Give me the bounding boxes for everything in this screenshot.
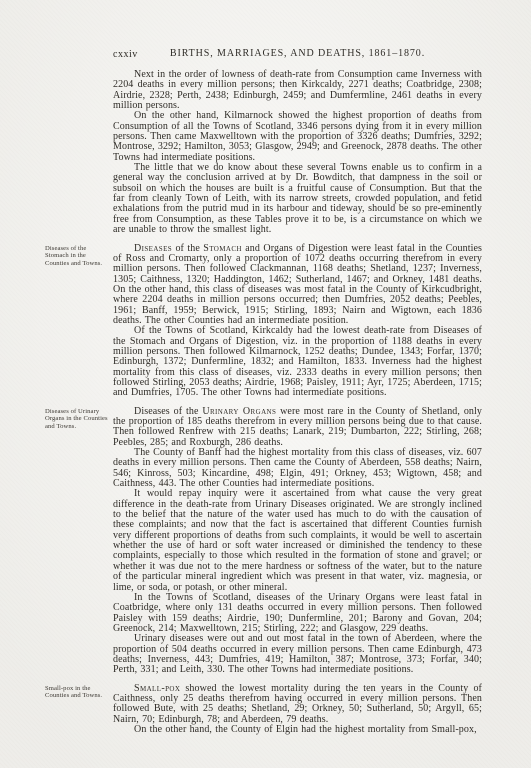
text-section-2: Diseases of Urinary Organs in the Counti… <box>113 407 482 676</box>
margin-note: Diseases of the Stomach in the Counties … <box>45 245 109 268</box>
paragraph: Next in the order of lowness of death-ra… <box>113 70 482 111</box>
paragraph: On the other hand, the County of Elgin h… <box>113 725 482 735</box>
margin-note: Diseases of Urinary Organs in the Counti… <box>45 408 109 431</box>
paragraph: Diseases of the Stomach and Organs of Di… <box>113 244 482 327</box>
text-section-0: Next in the order of lowness of death-ra… <box>113 70 482 236</box>
paragraph: Urinary diseases were out and out most f… <box>113 634 482 675</box>
page-title: BIRTHS, MARRIAGES, AND DEATHS, 1861–1870… <box>113 48 482 59</box>
page-header: cxxiv BIRTHS, MARRIAGES, AND DEATHS, 186… <box>113 48 482 62</box>
paragraph: Small-pox showed the lowest mortality du… <box>113 684 482 725</box>
text-section-1: Diseases of the Stomach in the Counties … <box>113 244 482 399</box>
paragraph: The County of Banff had the highest mort… <box>113 448 482 489</box>
paragraph: The little that we do know about these s… <box>113 163 482 235</box>
paragraph: On the other hand, Kilmarnock showed the… <box>113 111 482 163</box>
page-body: Next in the order of lowness of death-ra… <box>113 70 482 743</box>
text-section-3: Small-pox in the Counties and Towns.Smal… <box>113 684 482 736</box>
paragraph: It would repay inquiry were it ascertain… <box>113 489 482 592</box>
margin-note: Small-pox in the Counties and Towns. <box>45 685 109 701</box>
page-number: cxxiv <box>113 49 138 60</box>
paragraph: In the Towns of Scotland, diseases of th… <box>113 593 482 634</box>
document-page: cxxiv BIRTHS, MARRIAGES, AND DEATHS, 186… <box>0 0 531 768</box>
paragraph: Of the Towns of Scotland, Kirkcaldy had … <box>113 326 482 398</box>
paragraph: Diseases of the Urinary Organs were most… <box>113 407 482 448</box>
